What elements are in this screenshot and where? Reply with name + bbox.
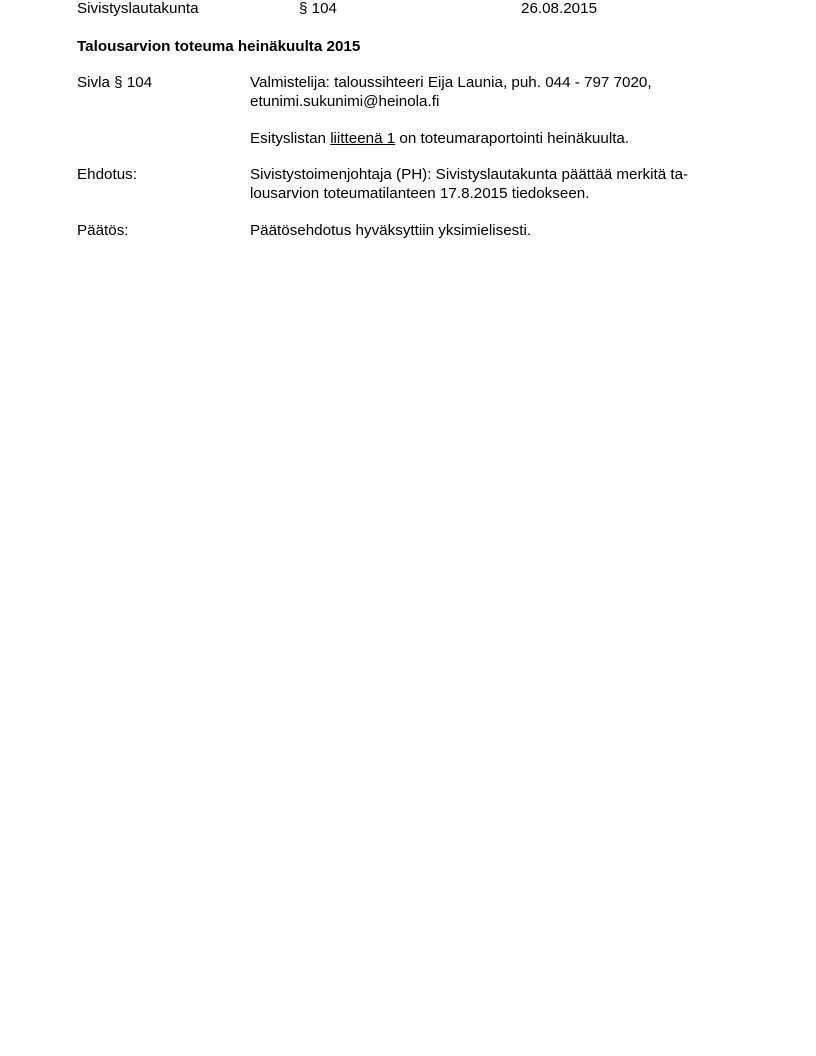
attachment-suffix: on toteumaraportointi heinäkuulta.: [395, 130, 629, 147]
preparer-email: etunimi.sukunimi@heinola.fi: [250, 93, 439, 111]
section-number: § 104: [299, 0, 337, 18]
page-title: Talousarvion toteuma heinäkuulta 2015: [77, 38, 360, 56]
meeting-date: 26.08.2015: [521, 0, 597, 18]
attachment-line: Esityslistan liitteenä 1 on toteumarapor…: [250, 130, 629, 148]
board-name: Sivistyslautakunta: [77, 0, 199, 18]
proposal-label: Ehdotus:: [77, 166, 137, 184]
decision-label: Päätös:: [77, 222, 129, 240]
attachment-prefix: Esityslistan: [250, 130, 330, 147]
preparer-line: Valmistelija: taloussihteeri Eija Launia…: [250, 74, 652, 92]
proposal-text-line2: lousarvion toteumatilanteen 17.8.2015 ti…: [250, 185, 589, 203]
decision-text: Päätösehdotus hyväksyttiin yksimielisest…: [250, 222, 531, 240]
attachment-link[interactable]: liitteenä 1: [330, 130, 395, 147]
reference-label: Sivla § 104: [77, 74, 152, 92]
proposal-text-line1: Sivistystoimenjohtaja (PH): Sivistyslaut…: [250, 166, 688, 184]
